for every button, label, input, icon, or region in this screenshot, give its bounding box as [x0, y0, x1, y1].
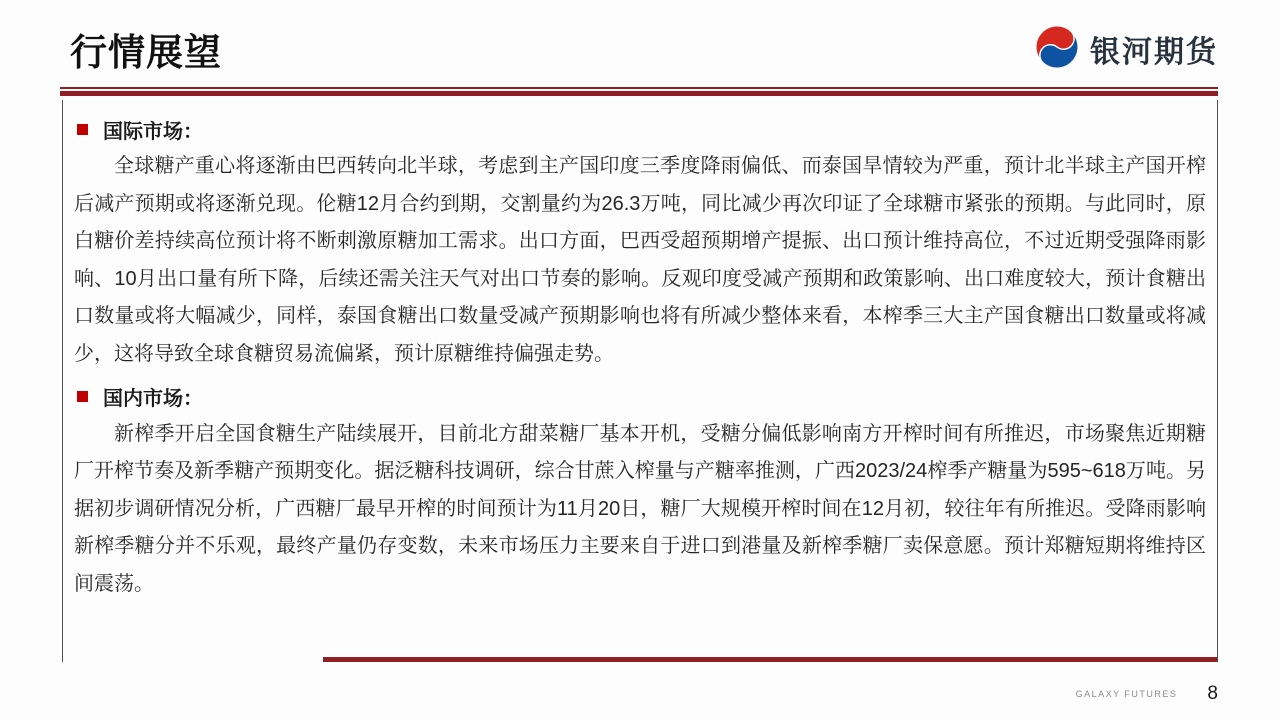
content-box: 国际市场： 全球糖产重心将逐渐由巴西转向北半球，考虑到主产国印度三季度降雨偏低、…: [62, 100, 1218, 662]
galaxy-swirl-icon: [1034, 24, 1080, 75]
section-header-domestic: 国内市场：: [74, 382, 1206, 412]
header-divider-thick-line: [60, 91, 1218, 96]
domestic-market-paragraph: 新榨季开启全国食糖生产陆续展开，目前北方甜菜糖厂基本开机，受糖分偏低影响南方开榨…: [74, 416, 1206, 604]
company-logo: 银河期货: [1034, 24, 1218, 75]
red-square-bullet-icon: [77, 124, 88, 135]
slide-footer: GALAXY FUTURES 8: [1076, 683, 1218, 705]
section-heading: 国际市场：: [103, 115, 203, 144]
footer-brand-text: GALAXY FUTURES: [1076, 689, 1178, 699]
page-number: 8: [1207, 683, 1218, 705]
company-logo-text: 银河期货: [1090, 27, 1218, 71]
section-header-international: 国际市场：: [74, 114, 1206, 144]
section-heading: 国内市场：: [103, 382, 203, 411]
header-divider-thin-line: [60, 87, 1218, 89]
slide-header: 行情展望 银河期货: [70, 22, 1218, 76]
page-title: 行情展望: [70, 22, 222, 76]
international-market-paragraph: 全球糖产重心将逐渐由巴西转向北半球，考虑到主产国印度三季度降雨偏低、而泰国旱情较…: [74, 148, 1206, 374]
header-divider: [60, 87, 1218, 96]
red-square-bullet-icon: [77, 391, 88, 402]
bottom-accent-line: [323, 657, 1217, 662]
